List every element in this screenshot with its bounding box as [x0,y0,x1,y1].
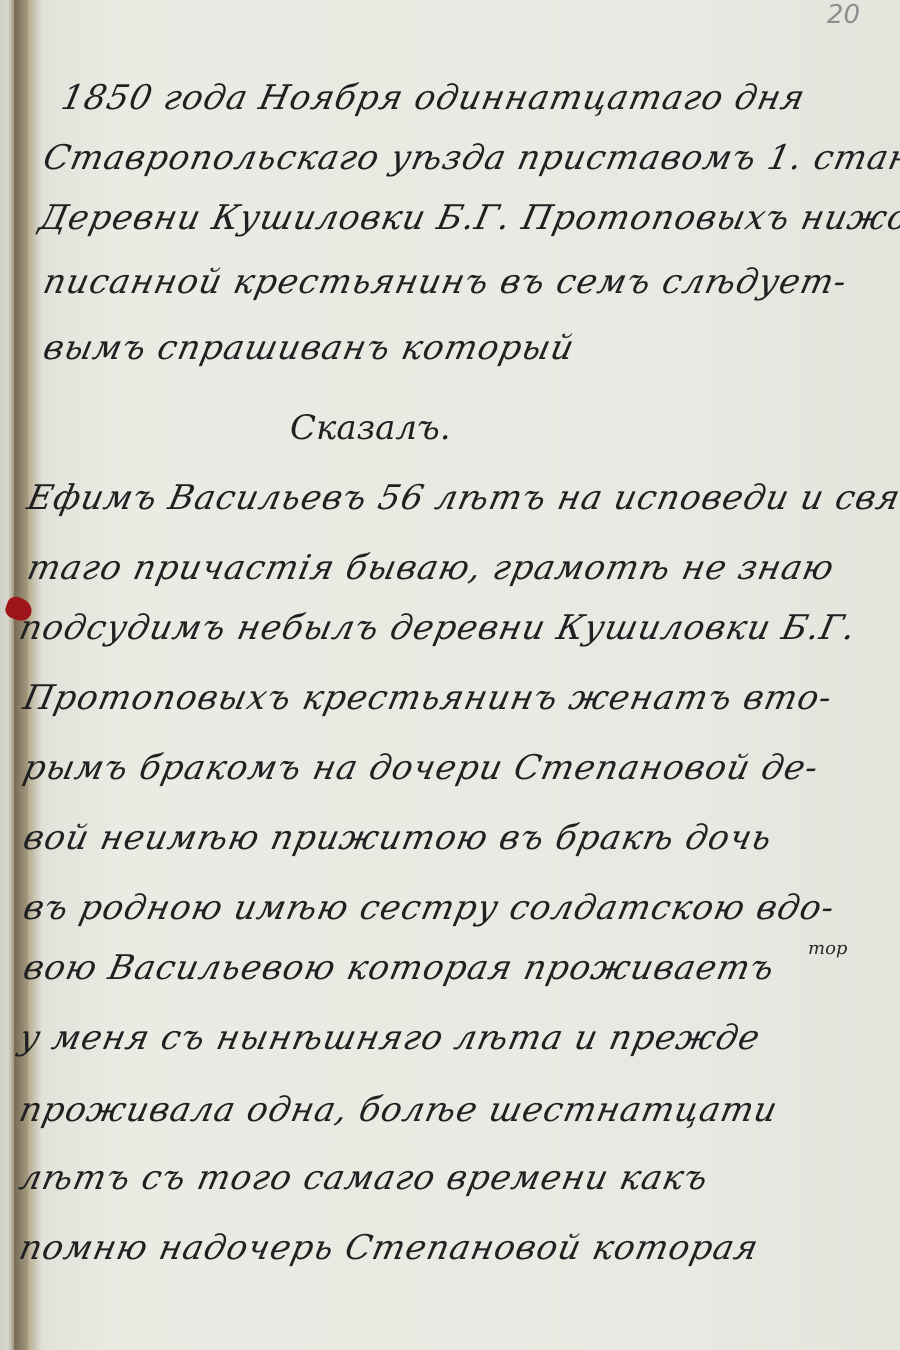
marginal-insertion: тор [808,938,847,959]
text-line-6: Ефимъ Васильевъ 56 лѣтъ на исповеди и св… [24,478,900,518]
text-line-4: писанной крестьянинъ въ семъ слѣдует- [40,262,851,302]
text-line-9: Протоповыхъ крестьянинъ женатъ вто- [20,678,836,718]
text-line-1: 1850 года Ноября одиннатцатаго дня [58,78,809,118]
text-line-12: въ родною имѣю сестру солдатскою вдо- [20,888,839,928]
text-line-14: у меня съ нынѣшняго лѣта и прежде [16,1018,764,1058]
text-line-7: таго причастія бываю, грамотѣ не знаю [24,548,838,588]
manuscript-page: 20 1850 года Ноября одиннатцатаго дня Ст… [0,0,900,1350]
text-line-8: подсудимъ небылъ деревни Кушиловки Б.Г. [16,608,860,648]
text-line-3: Деревни Кушиловки Б.Г. Протоповыхъ нижо [36,198,900,238]
text-line-16: лѣтъ съ того самаго времени какъ [16,1158,712,1198]
text-line-5: вымъ спрашиванъ который [40,328,578,368]
text-line-15: проживала одна, болѣе шестнатцати [16,1090,782,1130]
text-line-17: помню надочерь Степановой которая [16,1228,763,1268]
text-line-2: Ставропольскаго уѣзда приставомъ 1. стан… [40,138,900,178]
text-line-11: вой неимѣю прижитою въ бракѣ дочь [20,818,776,858]
binding-gutter [14,0,28,1350]
folio-number: 20 [827,0,860,30]
text-line-10: рымъ бракомъ на дочери Степановой де- [20,748,823,788]
text-line-13: вою Васильевою которая проживаетъ [20,948,779,988]
heading-skazal: Сказалъ. [290,408,451,448]
